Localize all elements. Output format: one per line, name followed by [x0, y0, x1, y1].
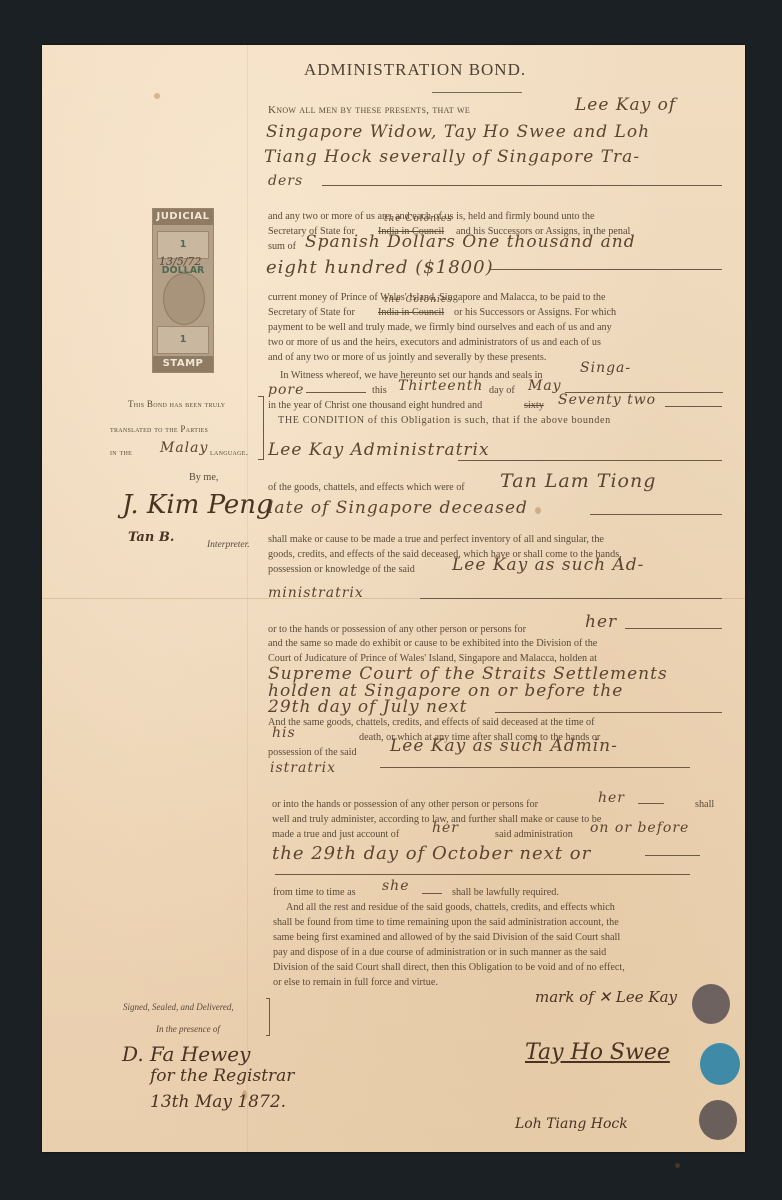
title-rule [432, 92, 522, 93]
fill-rule [490, 269, 722, 270]
wax-seal-blue [700, 1043, 740, 1085]
administer-clause: said administration [495, 827, 573, 842]
hand-she: she [382, 878, 410, 894]
residue-clause: Division of the said Court shall direct,… [273, 960, 728, 975]
bond-clause-line: two or more of us and the heirs, executo… [268, 335, 728, 350]
hand-party-4: ders [268, 173, 303, 189]
interpreter-label: Interpreter. [207, 538, 250, 553]
stain [675, 1163, 680, 1168]
translation-note-line: translated to the Parties [110, 424, 208, 434]
hand-administratrix: Lee Kay Administratrix [268, 440, 490, 460]
translation-note-line: language. [210, 447, 248, 457]
stain [154, 93, 160, 99]
hand-language: Malay [160, 440, 208, 456]
residue-clause: same being first examined and allowed of… [273, 930, 728, 945]
bond-clause-line: sum of [268, 239, 296, 254]
condition-clause: THE CONDITION of this Obligation is such… [278, 413, 728, 428]
fill-rule [590, 514, 722, 515]
hand-possessor-cont: ministratrix [268, 585, 364, 601]
stamp-value-bottom: 1 DOLLAR [157, 326, 209, 354]
brace [266, 998, 270, 1036]
hand-her: her [598, 790, 625, 806]
interpreter-signature-sub: Tan B. [128, 530, 174, 545]
fill-rule [420, 598, 722, 599]
witness-clause: this [372, 383, 387, 398]
hand-pronoun: her [585, 612, 617, 632]
fill-rule [306, 392, 366, 393]
witness-registrar-note: for the Registrar [150, 1066, 294, 1086]
hand-insert: the Colonies [384, 295, 453, 305]
residue-clause: shall be found from time to time remaini… [273, 915, 728, 930]
residue-clause: or else to remain in full force and virt… [273, 975, 438, 990]
stamp-bottom-label: STAMP [153, 356, 213, 372]
presence-label: In the presence of [156, 1022, 220, 1037]
administer-clause: shall [695, 797, 714, 812]
fill-rule [625, 628, 722, 629]
stamp-top-label: JUDICIAL [153, 209, 213, 225]
bond-clause-line: current money of Prince of Wales' Island… [268, 290, 728, 305]
hand-deadline: on or before [590, 820, 689, 836]
opening-clause: Know all men by these presents, that we [268, 103, 470, 118]
wax-seal-gray [699, 1100, 737, 1140]
vertical-fold-line [247, 45, 248, 1152]
hand-deceased-late: late of Singapore deceased [268, 498, 528, 518]
hand-administrator-cont: istratrix [270, 760, 336, 776]
by-me-label: By me, [189, 470, 218, 485]
hand-inventory-date: 29th day of July next [268, 697, 467, 717]
signatory-tay-ho-swee: Tay Ho Swee [525, 1040, 670, 1065]
inventory-clause: possession or knowledge of the said [268, 562, 415, 577]
hand-her: her [432, 820, 459, 836]
bond-clause-line: and of any two or more of us jointly and… [268, 350, 546, 365]
fill-rule [665, 406, 722, 407]
hand-his: his [272, 725, 296, 741]
bond-clause-line: Secretary of State for [268, 305, 355, 320]
hand-administrator: Lee Kay as such Admin- [390, 736, 618, 756]
signatory-loh-tiang-hock: Loh Tiang Hock [515, 1116, 628, 1132]
exhibit-clause: and the same so made do exhibit or cause… [268, 636, 728, 651]
hand-party-3: Tiang Hock severally of Singapore Tra- [264, 147, 640, 167]
condition-clause: of the goods, chattels, and effects whic… [268, 480, 465, 495]
fill-rule [458, 460, 722, 461]
hand-amount-1: Spanish Dollars One thousand and [305, 232, 636, 252]
residue-clause: pay and dispose of in a due course of ad… [273, 945, 728, 960]
hand-year: Seventy two [558, 392, 656, 408]
signed-sealed-label: Signed, Sealed, and Delivered, [123, 1000, 234, 1015]
goods-clause: And the same goods, chattels, credits, a… [268, 715, 728, 730]
hand-party-1: Lee Kay of [575, 95, 676, 115]
queen-portrait-icon [163, 273, 205, 325]
struck-text: sixty [524, 398, 544, 413]
stamp-cancellation: 13/5/72 [159, 255, 201, 268]
brace [258, 396, 264, 460]
fill-rule [422, 893, 442, 894]
translation-note-line: in the [110, 447, 132, 457]
struck-text: India in Council [378, 305, 444, 320]
required-clause: shall be lawfully required. [452, 885, 559, 900]
translation-note-line: This Bond has been truly [128, 399, 225, 409]
signatory-mark-lee-kay: mark of ✕ Lee Kay [535, 988, 677, 1006]
hand-place-1: Singa- [580, 360, 631, 376]
hand-deceased-name: Tan Lam Tiong [500, 470, 656, 492]
bond-clause-line: and any two or more of us are, and each … [268, 209, 728, 224]
witness-clause: day of [489, 383, 515, 398]
fill-rule [380, 767, 690, 768]
fill-rule [275, 874, 690, 875]
hand-place-2: pore [268, 382, 304, 398]
judicial-stamp: JUDICIAL 1 DOLLAR 13/5/72 1 DOLLAR STAMP [152, 208, 214, 373]
document-title: ADMINISTRATION BOND. [304, 60, 526, 80]
goods-clause: possession of the said [268, 745, 357, 760]
hand-insert: the Colonies [384, 214, 453, 224]
required-clause: from time to time as [273, 885, 356, 900]
inventory-clause: shall make or cause to be made a true an… [268, 532, 728, 547]
administer-clause: or into the hands or possession of any o… [272, 797, 538, 812]
bond-clause-line: payment to be well and truly made, we fi… [268, 320, 728, 335]
stain [535, 507, 541, 514]
hand-possessor: Lee Kay as such Ad- [452, 555, 644, 575]
exhibit-clause: or to the hands or possession of any oth… [268, 622, 526, 637]
fill-rule [638, 803, 664, 804]
fill-rule [645, 855, 700, 856]
bond-clause-line: or his Successors or Assigns. For which [454, 305, 616, 320]
witness-clause: in the year of Christ one thousand eight… [268, 398, 482, 413]
hand-party-2: Singapore Widow, Tay Ho Swee and Loh [266, 122, 650, 142]
wax-seal-gray [692, 984, 730, 1024]
fill-rule [322, 185, 722, 186]
fill-rule [495, 712, 722, 713]
witness-date: 13th May 1872. [150, 1092, 286, 1112]
hand-month: May [528, 378, 562, 394]
hand-amount-2: eight hundred ($1800) [266, 257, 494, 278]
hand-day: Thirteenth [398, 378, 483, 394]
administer-clause: made a true and just account of [272, 827, 399, 842]
witness-signature: D. Fa Hewey [122, 1042, 250, 1066]
residue-clause: And all the rest and residue of the said… [286, 900, 728, 915]
interpreter-signature: J. Kim Peng [122, 490, 273, 520]
hand-account-date: the 29th day of October next or [272, 843, 591, 864]
